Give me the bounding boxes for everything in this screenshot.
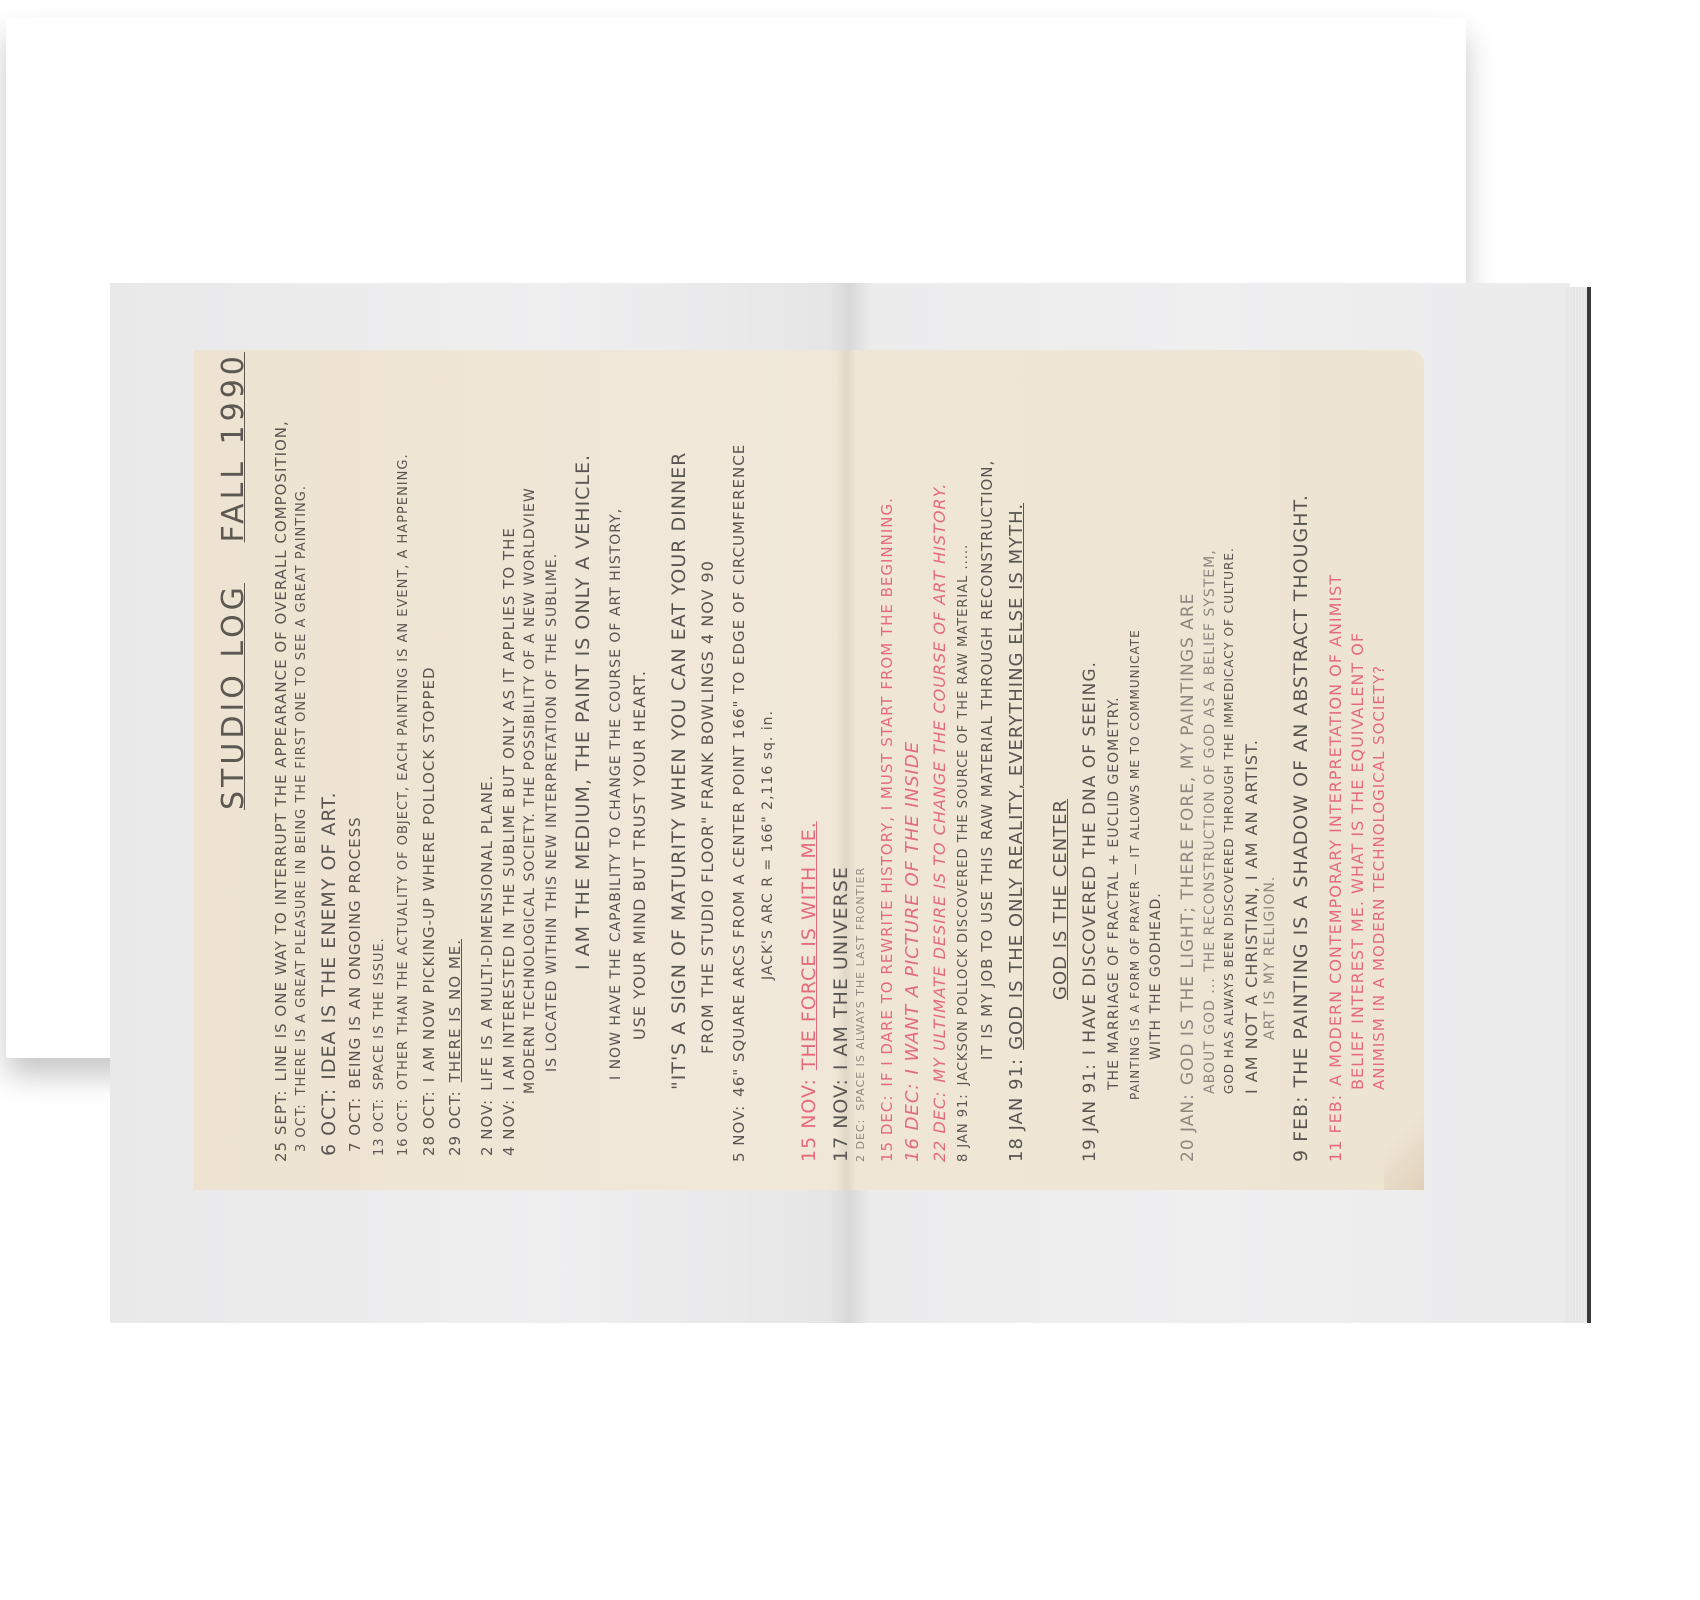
- entry: THE MARRIAGE OF FRACTAL + EUCLID GEOMETR…: [1106, 696, 1122, 1090]
- entry: WITH THE GODHEAD.: [1148, 892, 1164, 1060]
- entry: 28 OCT:I AM NOW PICKING-UP WHERE POLLOCK…: [420, 666, 438, 1156]
- entry: IS LOCATED WITHIN THIS NEW INTERPRETATIO…: [544, 553, 560, 1072]
- entry: 4 NOV:I AM INTERESTED IN THE SUBLIME BUT…: [500, 527, 518, 1156]
- entry: 16 OCT:OTHER THAN THE ACTUALITY OF OBJEC…: [396, 453, 411, 1156]
- entry: 2 NOV:LIFE IS A MULTI-DIMENSIONAL PLANE.: [478, 775, 496, 1156]
- log-title: STUDIO LOG FALL 1990: [216, 352, 251, 810]
- entry: 7 OCT:BEING IS AN ONGOING PROCESS: [346, 816, 364, 1152]
- entry: FROM THE STUDIO FLOOR" FRANK BOWLINGS 4 …: [698, 560, 717, 1054]
- entry: ART IS MY RELIGION.: [1262, 876, 1278, 1040]
- entry: I NOW HAVE THE CAPABILITY TO CHANGE THE …: [608, 508, 624, 1080]
- entry: USE YOUR MIND BUT TRUST YOUR HEART.: [630, 670, 649, 1040]
- entry: 15 DEC:IF I DARE TO REWRITE HISTORY, I M…: [878, 497, 896, 1162]
- entry: I AM THE MEDIUM, THE PAINT IS ONLY A VEH…: [572, 454, 594, 970]
- entry: 8 JAN 91:JACKSON POLLOCK DISCOVERED THE …: [956, 544, 971, 1162]
- entry: 17 NOV:I AM THE UNIVERSE: [830, 866, 852, 1162]
- entry: JACK'S ARC R = 166" 2,116 sq. in.: [760, 710, 776, 980]
- entry: 6 OCT:IDEA IS THE ENEMY OF ART.: [318, 791, 340, 1156]
- entry: I AM NOT A CHRISTIAN, I AM AN ARTIST.: [1242, 739, 1261, 1094]
- entry: 18 JAN 91:GOD IS THE ONLY REALITY, EVERY…: [1006, 503, 1027, 1162]
- entry: 19 JAN 91:I HAVE DISCOVERED THE DNA OF S…: [1080, 661, 1100, 1162]
- entry: 9 FEB:THE PAINTING IS A SHADOW OF AN ABS…: [1290, 494, 1312, 1162]
- entry: GOD HAS ALWAYS BEEN DISCOVERED THROUGH T…: [1222, 547, 1236, 1094]
- entry: ABOUT GOD ... THE RECONSTRUCTION OF GOD …: [1202, 549, 1218, 1094]
- entry: 13 OCT:SPACE IS THE ISSUE.: [372, 937, 387, 1156]
- entry: GOD IS THE CENTER: [1050, 799, 1071, 1000]
- entry: ANIMISM IN A MODERN TECHNOLOGICAL SOCIET…: [1370, 665, 1388, 1090]
- entry: 20 JAN:GOD IS THE LIGHT; THERE FORE, MY …: [1178, 593, 1198, 1162]
- entry: IT IS MY JOB TO USE THIS RAW MATERIAL TH…: [978, 460, 996, 1060]
- entry: 29 OCT:THERE IS NO ME.: [446, 939, 464, 1156]
- entry: 15 NOV:THE FORCE IS WITH ME.: [798, 821, 820, 1162]
- entry: 25 SEPT:LINE IS ONE WAY TO INTERRUPT THE…: [272, 420, 290, 1162]
- entry: 3 OCT:THERE IS A GREAT PLEASURE IN BEING…: [294, 485, 309, 1152]
- entry: 2 DEC:SPACE IS ALWAYS THE LAST FRONTIER: [854, 867, 867, 1162]
- entry: 5 NOV:46" SQUARE ARCS FROM A CENTER POIN…: [730, 444, 748, 1162]
- entry: 22 DEC:MY ULTIMATE DESIRE IS TO CHANGE T…: [930, 483, 949, 1162]
- studio-log-text-continued: GOD IS THE CENTER 19 JAN 91:I HAVE DISCO…: [1050, 350, 1700, 1190]
- entry: "IT'S A SIGN OF MATURITY WHEN YOU CAN EA…: [668, 452, 690, 1090]
- entry: 11 FEB:A MODERN CONTEMPORARY INTERPRETAT…: [1326, 574, 1345, 1162]
- entry: 16 DEC:I WANT A PICTURE OF THE INSIDE: [902, 741, 923, 1162]
- entry: BELIEF INTEREST ME. WHAT IS THE EQUIVALE…: [1348, 632, 1367, 1090]
- entry: MODERN TECHNOLOGICAL SOCIETY. THE POSSIB…: [522, 487, 538, 1094]
- entry: PAINTING IS A FORM OF PRAYER — IT ALLOWS…: [1128, 629, 1142, 1100]
